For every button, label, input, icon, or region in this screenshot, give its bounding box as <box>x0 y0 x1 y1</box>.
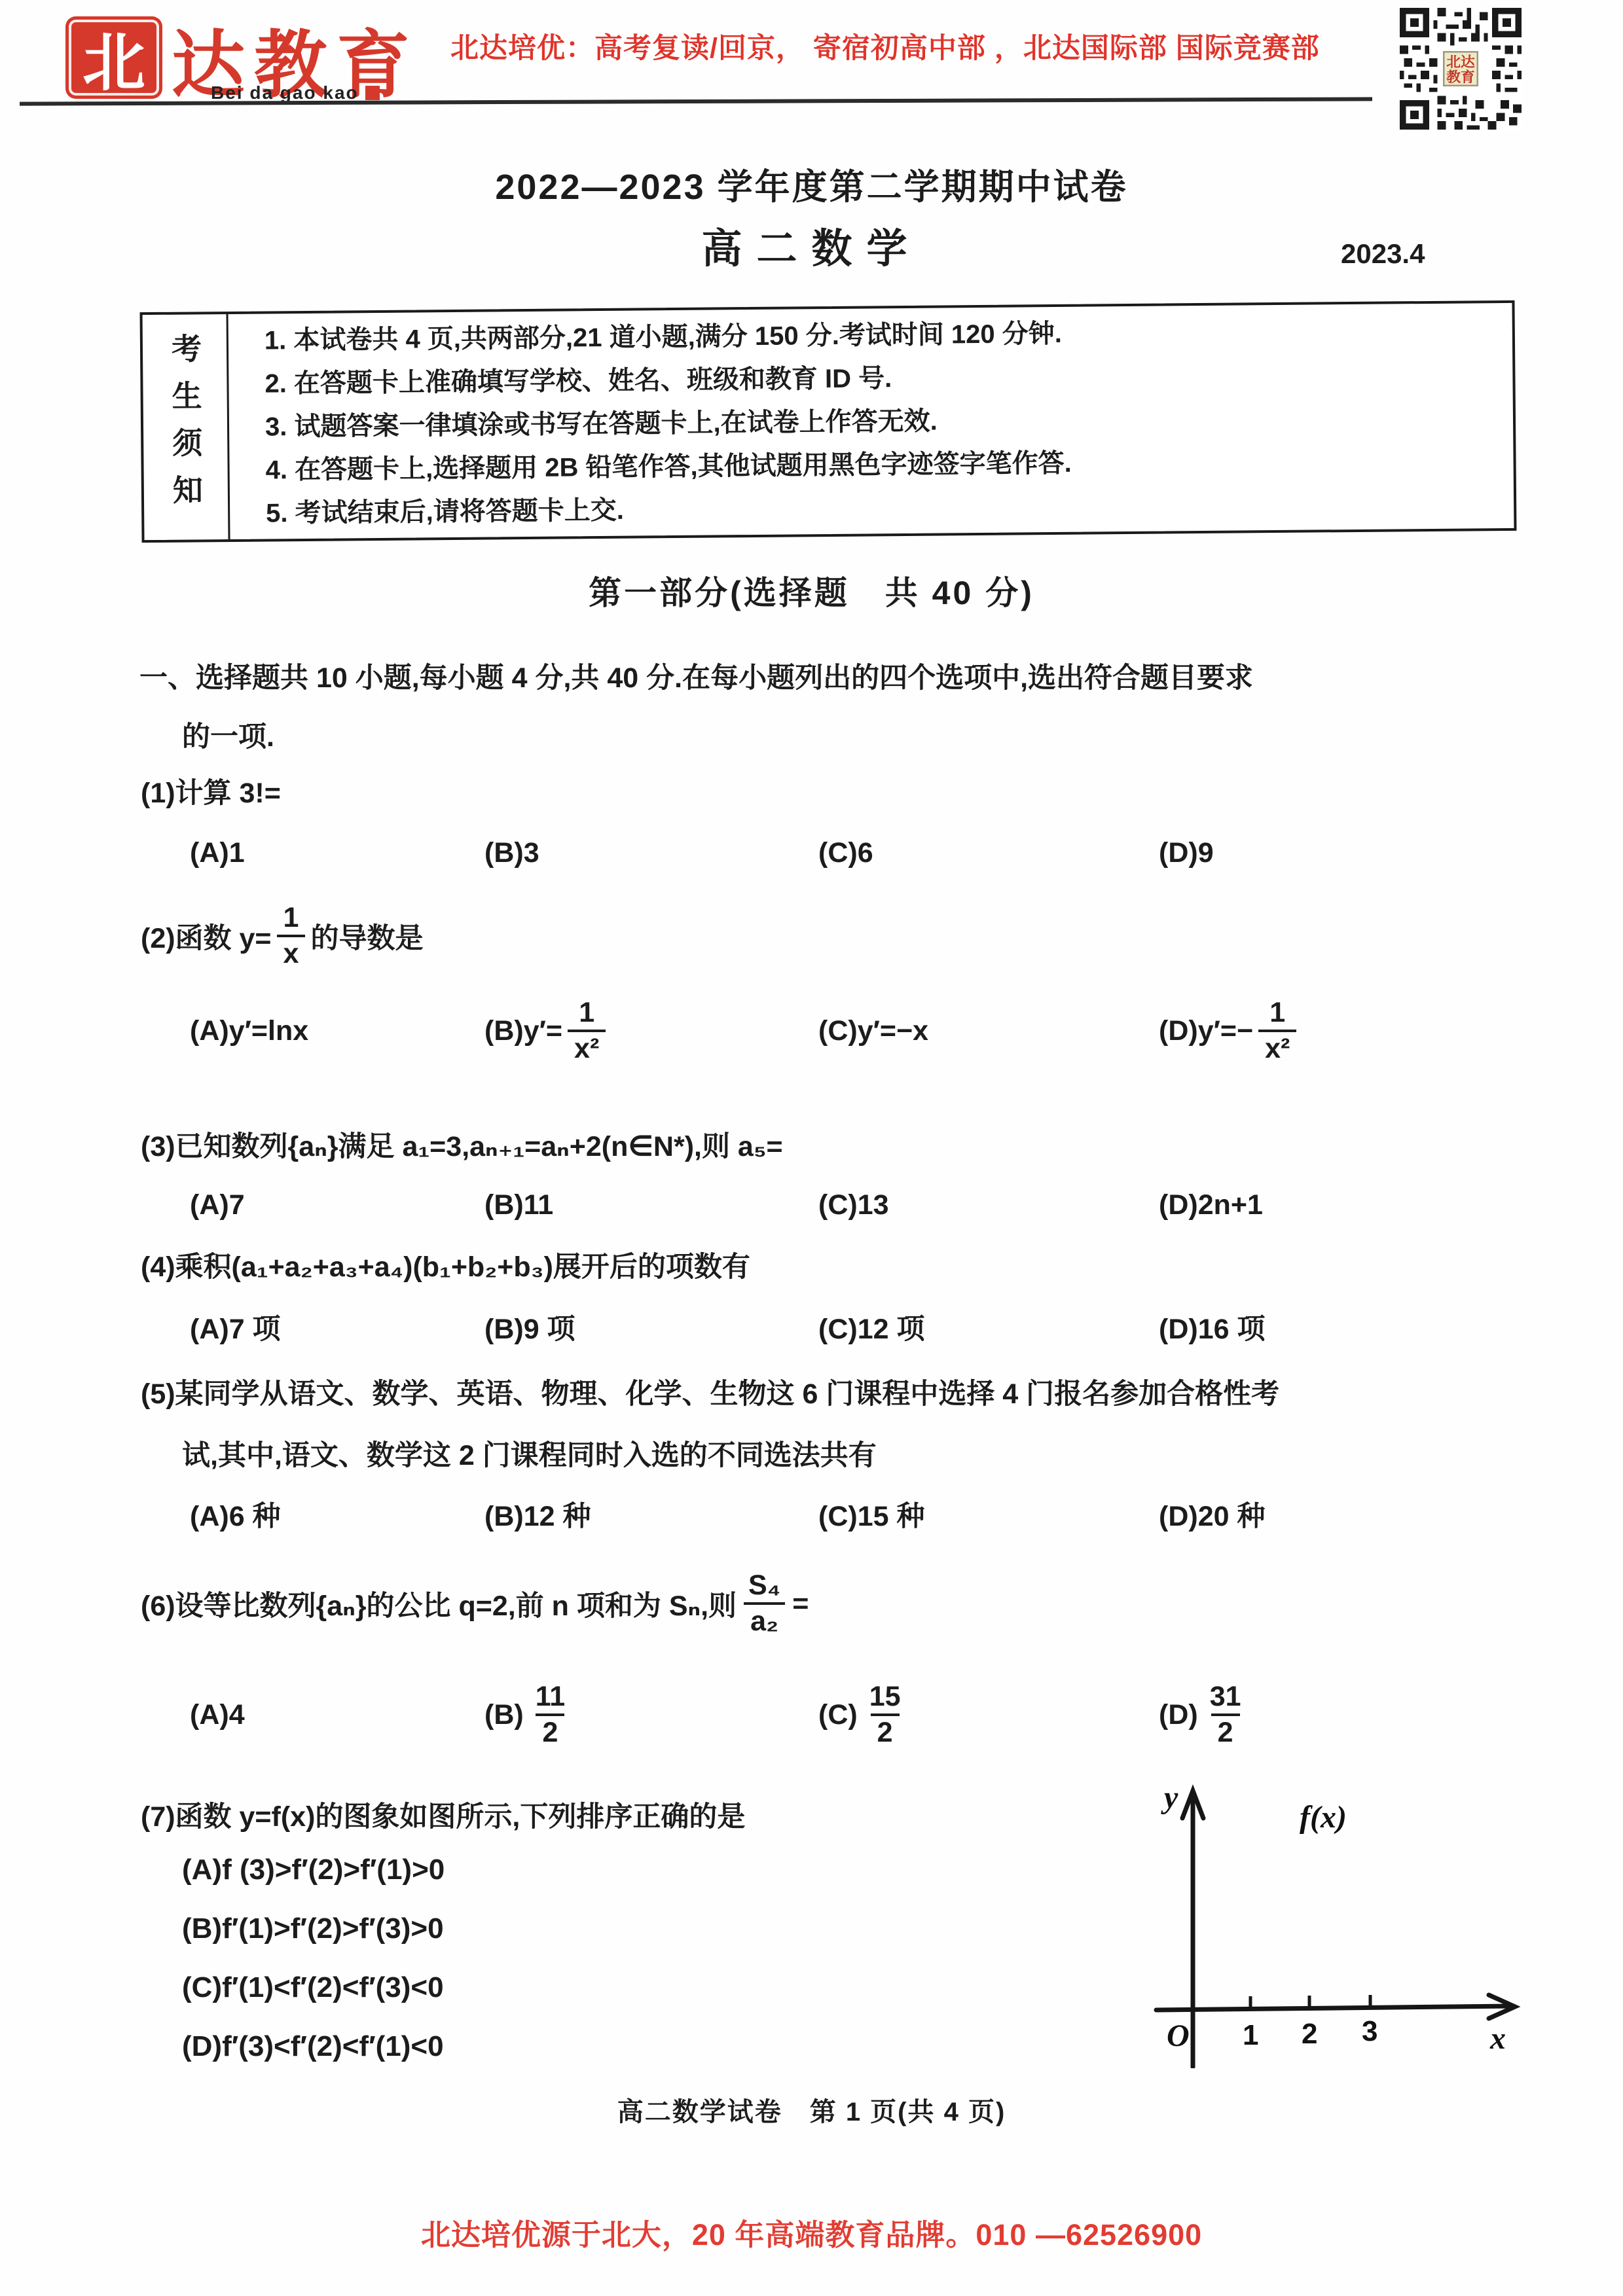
q1-option-a: (A)1 <box>190 830 245 876</box>
q3-option-b: (B)11 <box>484 1182 553 1228</box>
question-2-stem: (2)函数 y= 1 x 的导数是 <box>141 890 423 982</box>
page-footer: 高二数学试卷 第 1 页(共 4 页) <box>0 2091 1623 2128</box>
bottom-banner: 北达培优源于北大，20 年高端教育品牌。010 —62526900 <box>0 2211 1623 2253</box>
q7-option-b: (B)f′(1)>f′(2)>f′(3)>0 <box>182 1912 444 1945</box>
q3-option-a: (A)7 <box>190 1182 245 1228</box>
q3-option-c: (C)13 <box>818 1182 889 1228</box>
question-5-stem-line1: (5)某同学从语文、数学、英语、物理、化学、生物这 6 门课程中选择 4 门报名… <box>141 1372 1279 1412</box>
exam-title: 2022—2023 学年度第二学期期中试卷 <box>0 159 1623 209</box>
q2-option-d: (D)y′=− 1 x² <box>1159 982 1302 1080</box>
section-intro-line2: 的一项. <box>182 715 274 755</box>
q4-option-c: (C)12 项 <box>818 1304 924 1350</box>
q4-option-a: (A)7 项 <box>190 1304 281 1350</box>
graph-tick-2: 2 <box>1302 2018 1317 2050</box>
q5-option-d: (D)20 种 <box>1159 1491 1265 1537</box>
q3-option-d: (D)2n+1 <box>1159 1182 1263 1228</box>
q1-option-b: (B)3 <box>484 830 539 876</box>
question-4-stem: (4)乘积(a₁+a₂+a₃+a₄)(b₁+b₂+b₃)展开后的项数有 <box>141 1245 750 1285</box>
notice-side-label: 考生须知 <box>143 314 230 540</box>
q6-option-d: (D) 31 2 <box>1159 1666 1253 1764</box>
seal-character: 北 <box>82 13 145 103</box>
svg-text:教育: 教育 <box>1446 69 1475 85</box>
question-2-options: (A)y′=lnx (B)y′= 1 x² (C)y′=−x (D)y′=− 1… <box>0 982 1623 1080</box>
section-heading: 第一部分(选择题 共 40 分) <box>0 567 1623 614</box>
q7-option-c: (C)f′(1)<f′(2)<f′(3)<0 <box>182 1971 444 2004</box>
question-7-stem: (7)函数 y=f(x)的图象如图所示,下列排序正确的是 <box>141 1795 745 1835</box>
svg-text:北达: 北达 <box>1446 54 1475 70</box>
q6-option-c: (C) 15 2 <box>818 1666 913 1764</box>
q2-option-b: (B)y′= 1 x² <box>484 982 611 1080</box>
q1-option-c: (C)6 <box>818 830 873 876</box>
q1-option-d: (D)9 <box>1159 830 1214 876</box>
candidate-notice-box: 考生须知 1. 本试卷共 4 页,共两部分,21 道小题,满分 150 分.考试… <box>140 300 1517 543</box>
q7-option-a: (A)f (3)>f′(2)>f′(1)>0 <box>182 1854 445 1886</box>
q5-option-a: (A)6 种 <box>190 1491 281 1537</box>
q4-option-b: (B)9 项 <box>484 1304 575 1350</box>
graph-origin-label: O <box>1167 2018 1190 2053</box>
question-6-options: (A)4 (B) 11 2 (C) 15 2 (D) 31 2 <box>0 1666 1623 1764</box>
graph-y-axis-label: y <box>1161 1780 1178 1815</box>
exam-date: 2023.4 <box>1341 238 1425 270</box>
question-5-options: (A)6 种 (B)12 种 (C)15 种 (D)20 种 <box>0 1491 1623 1537</box>
q5-option-b: (B)12 种 <box>484 1491 591 1537</box>
graph-tick-3: 3 <box>1362 2015 1377 2047</box>
question-5-stem-line2: 试,其中,语文、数学这 2 门课程同时入选的不同选法共有 <box>182 1433 877 1473</box>
qr-code-icon: 北达 教育 <box>1398 8 1523 130</box>
q5-option-c: (C)15 种 <box>818 1491 924 1537</box>
q2-option-c: (C)y′=−x <box>818 982 928 1080</box>
q6-option-a: (A)4 <box>190 1666 245 1764</box>
question-6-stem: (6)设等比数列{aₙ}的公比 q=2,前 n 项和为 Sₙ,则 S₄ a₂ = <box>141 1554 809 1653</box>
question-4-options: (A)7 项 (B)9 项 (C)12 项 (D)16 项 <box>0 1304 1623 1350</box>
graph-curve-label: f(x) <box>1300 1800 1347 1835</box>
header-tagline: 北达培优：高考复读/回京， 寄宿初高中部 ，北达国际部 国际竞赛部 <box>450 26 1320 66</box>
question-3-stem: (3)已知数列{aₙ}满足 a₁=3,aₙ₊₁=aₙ+2(n∈N*),则 a₅= <box>141 1124 783 1164</box>
q2-stem-fraction: 1 x <box>277 901 306 971</box>
graph-x-axis-label: x <box>1489 2021 1506 2056</box>
q7-option-d: (D)f′(3)<f′(2)<f′(1)<0 <box>182 2030 444 2063</box>
section-intro-line1: 一、选择题共 10 小题,每小题 4 分,共 40 分.在每小题列出的四个选项中… <box>139 656 1253 696</box>
question-3-options: (A)7 (B)11 (C)13 (D)2n+1 <box>0 1182 1623 1228</box>
graph-tick-1: 1 <box>1243 2019 1258 2051</box>
q2-option-a: (A)y′=lnx <box>190 982 308 1080</box>
q4-option-d: (D)16 项 <box>1159 1304 1265 1350</box>
question-1-options: (A)1 (B)3 (C)6 (D)9 <box>0 830 1623 876</box>
notice-items: 1. 本试卷共 4 页,共两部分,21 道小题,满分 150 分.考试时间 12… <box>228 303 1514 539</box>
question-1-stem: (1)计算 3!= <box>141 771 281 811</box>
brand-seal-logo: 北 <box>65 16 162 99</box>
red-square-icon <box>365 86 380 100</box>
q6-stem-fraction: S₄ a₂ <box>742 1569 787 1638</box>
q7-function-graph: y f(x) O x 1 2 3 <box>1152 1761 1545 2068</box>
q6-option-b: (B) 11 2 <box>484 1666 577 1764</box>
